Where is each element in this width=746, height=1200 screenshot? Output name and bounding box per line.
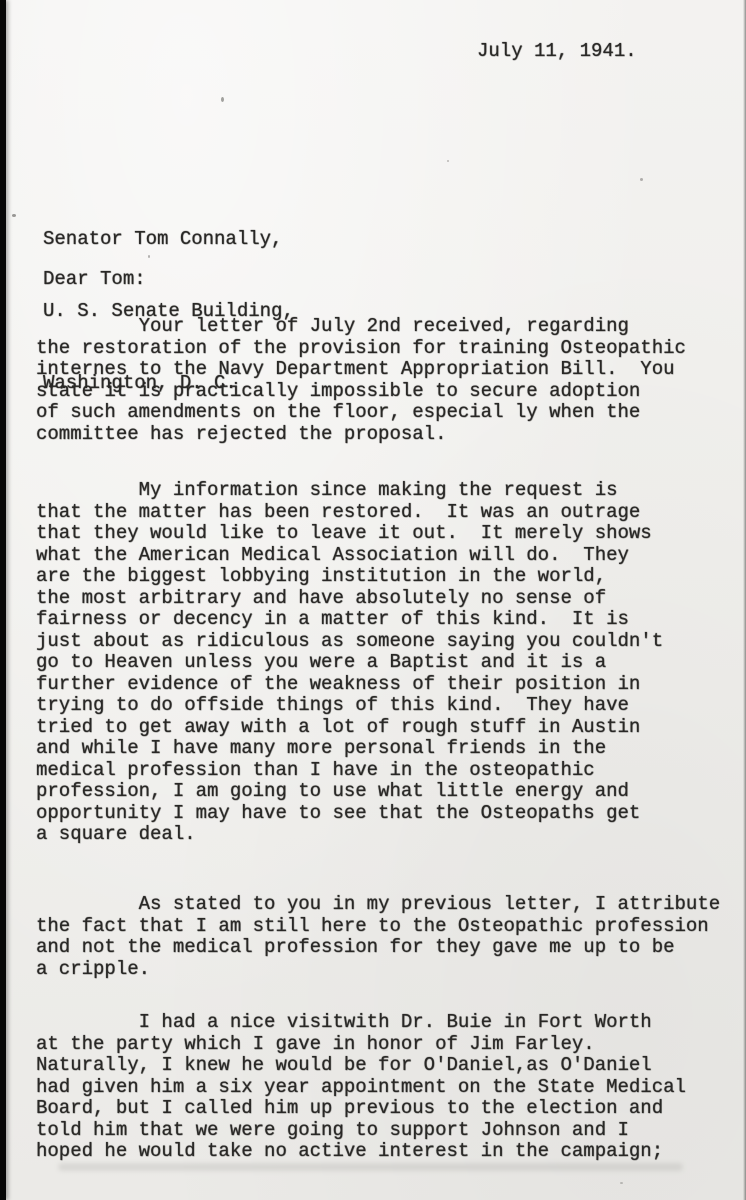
paper-speck (640, 178, 643, 181)
ink-smudge (58, 1163, 683, 1171)
paragraph-1: Your letter of July 2nd received, regard… (36, 316, 728, 445)
scanned-letter-page: July 11, 1941. Senator Tom Connally, U. … (0, 0, 746, 1200)
paper-speck (12, 214, 16, 217)
paper-speck (148, 255, 150, 258)
paragraph-3: As stated to you in my previous letter, … (36, 894, 728, 980)
salutation: Dear Tom: (43, 268, 146, 290)
paragraph-2: My information since making the request … (36, 480, 728, 846)
paper-speck (620, 1182, 623, 1184)
letter-date: July 11, 1941. (477, 40, 637, 62)
recipient-name: Senator Tom Connally, (43, 227, 294, 251)
paragraph-4: I had a nice visitwith Dr. Buie in Fort … (36, 1012, 728, 1163)
scan-edge-left (0, 0, 6, 1200)
paper-speck (221, 97, 224, 102)
paper-speck (447, 160, 449, 162)
